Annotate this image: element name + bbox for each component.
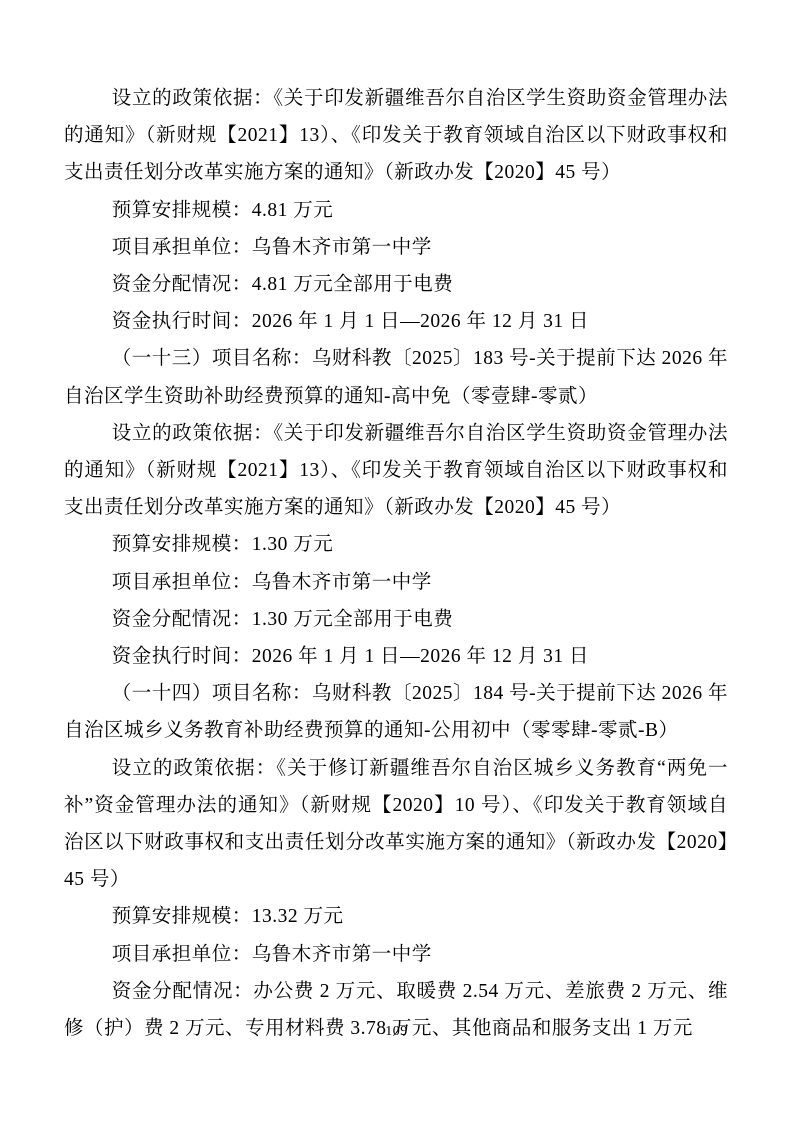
paragraph-budget-scale-project-14: 预算安排规模：13.32 万元 [64, 898, 728, 935]
paragraph-undertaking-unit-project-12: 项目承担单位：乌鲁木齐市第一中学 [64, 229, 728, 266]
document-body: 设立的政策依据：《关于印发新疆维吾尔自治区学生资助资金管理办法的通知》（新财规【… [64, 80, 728, 1047]
paragraph-budget-scale-project-13: 预算安排规模：1.30 万元 [64, 526, 728, 563]
paragraph-undertaking-unit-project-14: 项目承担单位：乌鲁木齐市第一中学 [64, 936, 728, 973]
paragraph-project-14-title: （一十四）项目名称：乌财科教〔2025〕184 号-关于提前下达 2026 年自… [64, 675, 728, 749]
paragraph-policy-basis-project-12: 设立的政策依据：《关于印发新疆维吾尔自治区学生资助资金管理办法的通知》（新财规【… [64, 80, 728, 192]
document-page: 设立的政策依据：《关于印发新疆维吾尔自治区学生资助资金管理办法的通知》（新财规【… [0, 0, 793, 1122]
paragraph-fund-allocation-project-12: 资金分配情况：4.81 万元全部用于电费 [64, 266, 728, 303]
paragraph-budget-scale-project-12: 预算安排规模：4.81 万元 [64, 192, 728, 229]
paragraph-undertaking-unit-project-13: 项目承担单位：乌鲁木齐市第一中学 [64, 564, 728, 601]
paragraph-project-13-title: （一十三）项目名称：乌财科教〔2025〕183 号-关于提前下达 2026 年自… [64, 340, 728, 414]
paragraph-execution-period-project-13: 资金执行时间：2026 年 1 月 1 日—2026 年 12 月 31 日 [64, 638, 728, 675]
paragraph-policy-basis-project-14: 设立的政策依据：《关于修订新疆维吾尔自治区城乡义务教育“两免一补”资金管理办法的… [64, 750, 728, 899]
paragraph-fund-allocation-project-13: 资金分配情况：1.30 万元全部用于电费 [64, 601, 728, 638]
page-number: 109 [0, 1024, 793, 1040]
paragraph-policy-basis-project-13: 设立的政策依据：《关于印发新疆维吾尔自治区学生资助资金管理办法的通知》（新财规【… [64, 415, 728, 527]
paragraph-execution-period-project-12: 资金执行时间：2026 年 1 月 1 日—2026 年 12 月 31 日 [64, 303, 728, 340]
